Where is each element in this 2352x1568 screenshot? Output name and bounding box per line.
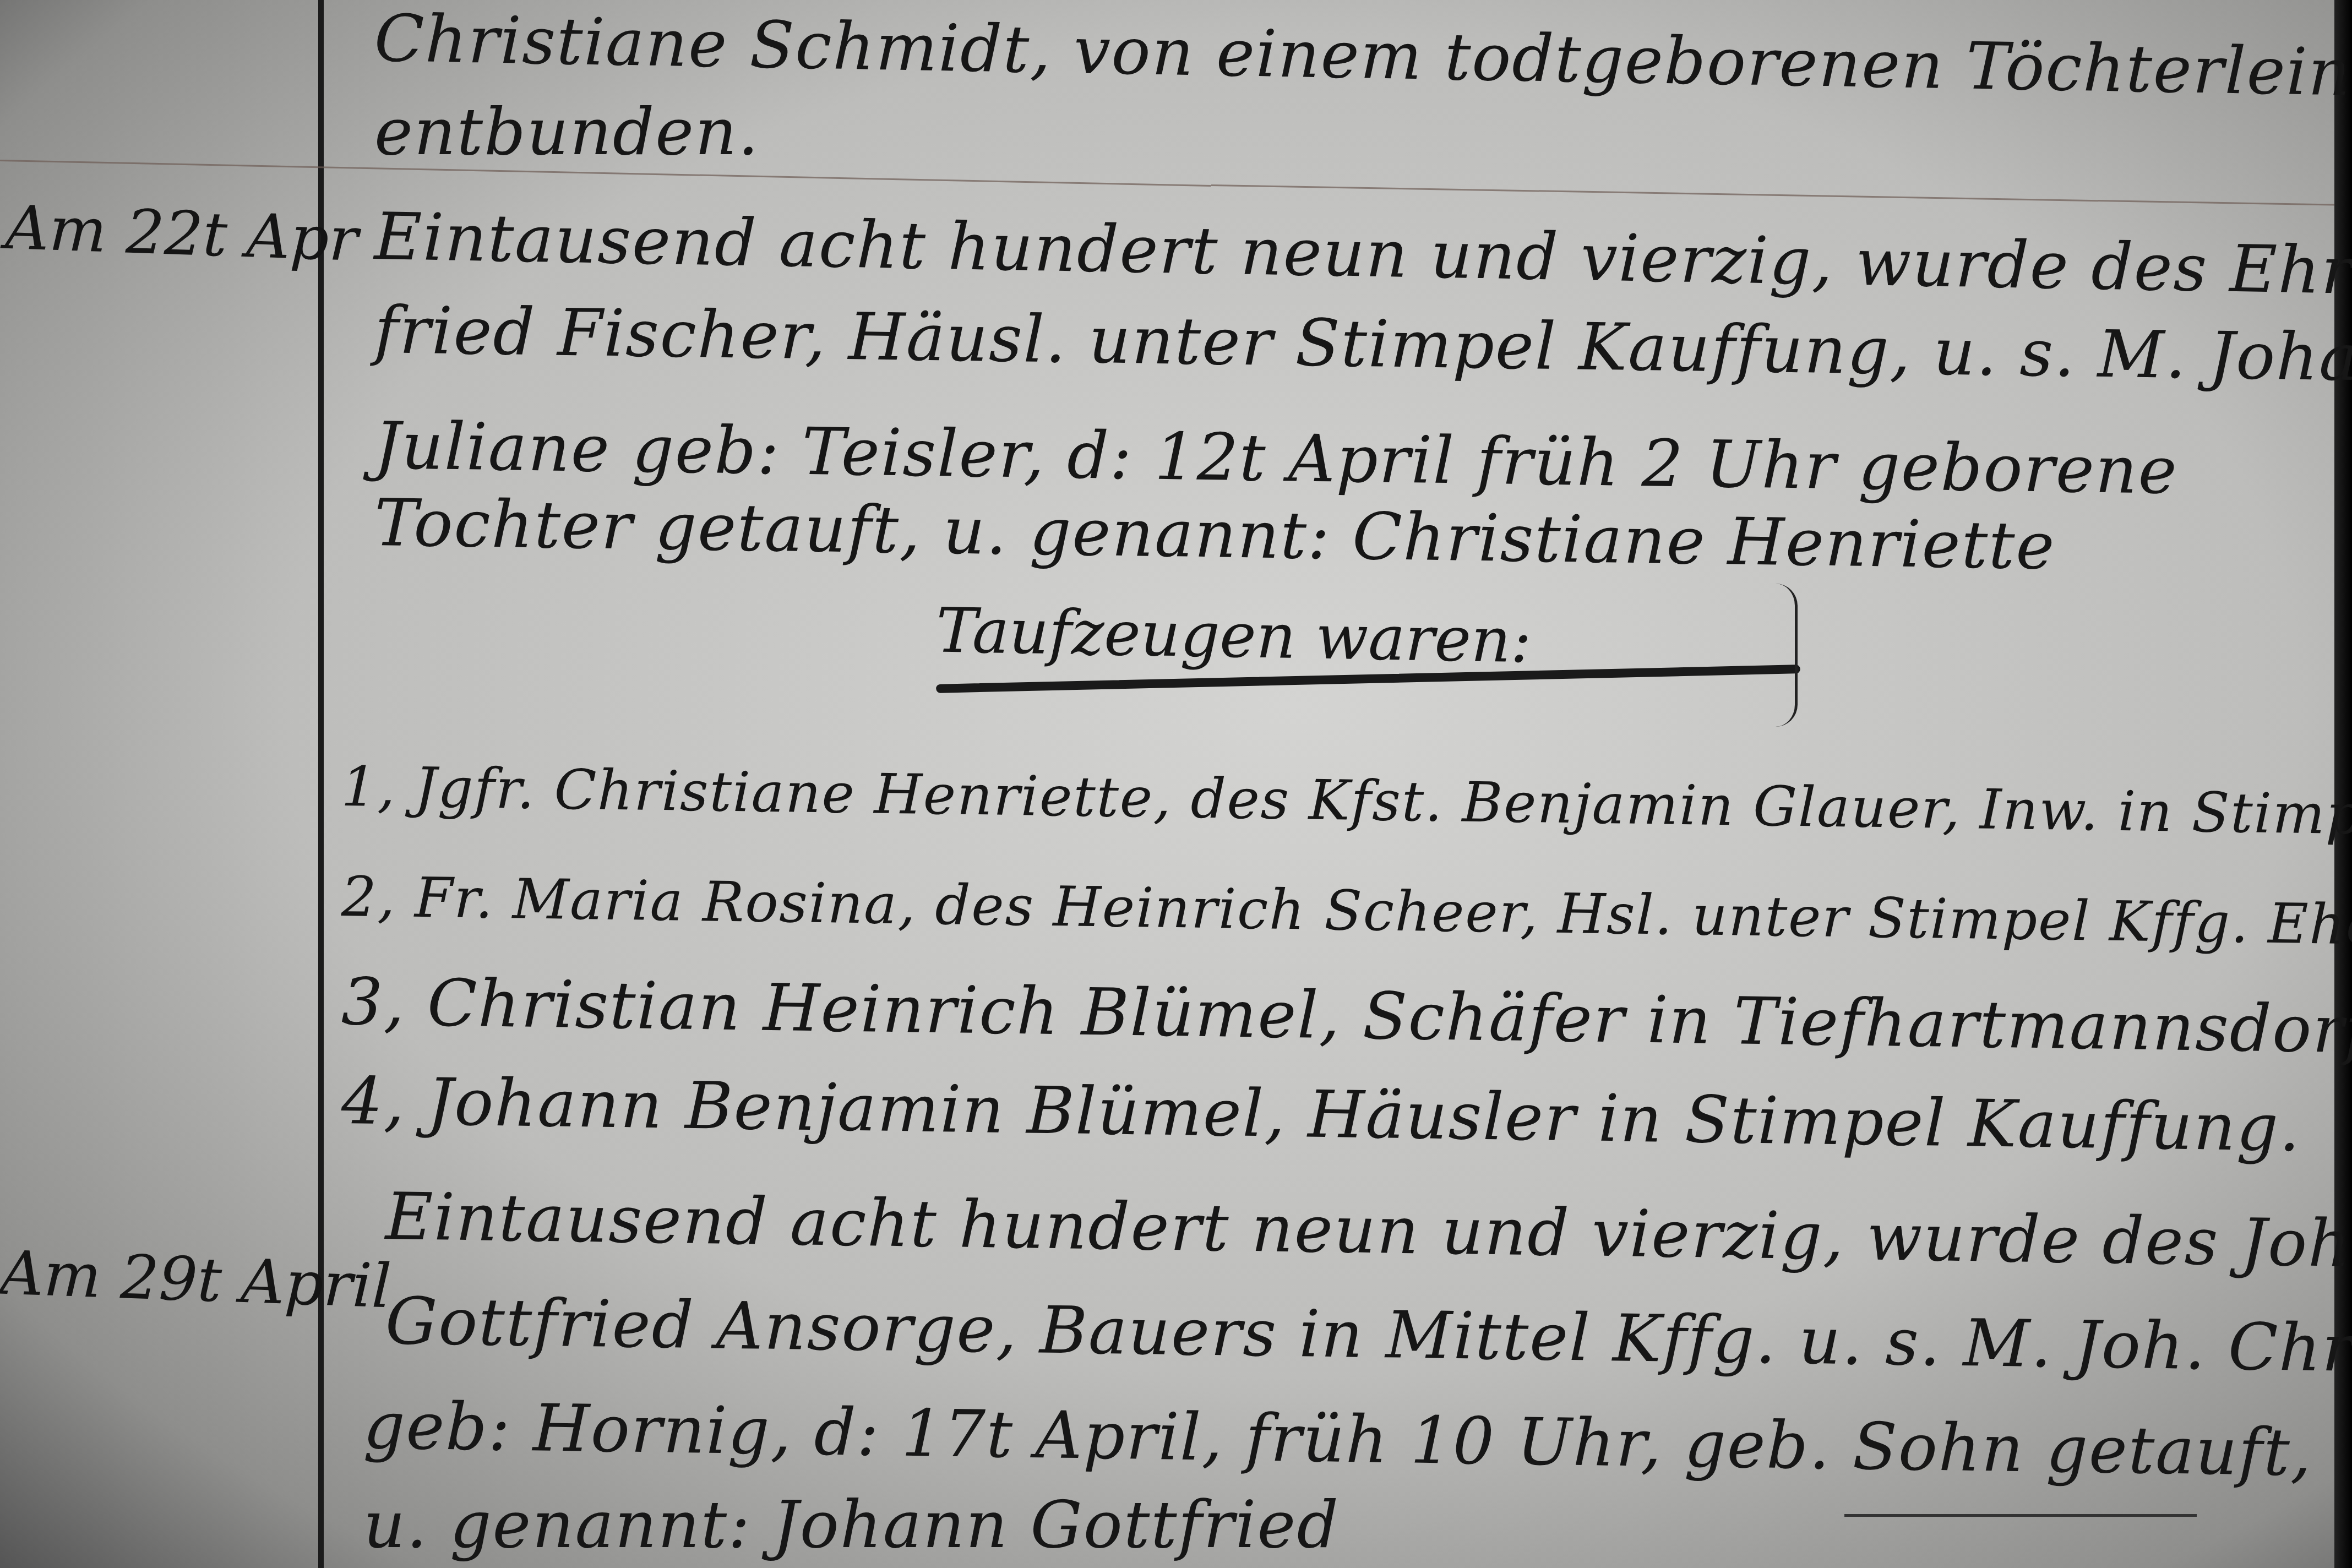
godparent-1: 1, Jgfr. Christiane Henriette, des Kfst.… (341, 754, 2352, 853)
godparent-3: 3, Christian Heinrich Blümel, Schäfer in… (341, 963, 2352, 1068)
entry-end-rule (1844, 1514, 2197, 1517)
text-line-3: Eintausend acht hundert neun und vierzig… (374, 198, 2352, 311)
text-line-entry2-4: u. genannt: Johann Gottfried (363, 1487, 1340, 1562)
margin-date-entry-2: Am 29t April (0, 1238, 393, 1322)
godparent-2: 2, Fr. Maria Rosina, des Heinrich Scheer… (341, 864, 2352, 958)
godparents-heading: Taufzeugen waren: (935, 595, 1532, 677)
godparent-4: 4, Johann Benjamin Blümel, Häusler in St… (341, 1063, 2301, 1166)
text-line-entry2-2: Gottfried Ansorge, Bauers in Mittel Kffg… (385, 1283, 2352, 1390)
margin-date-entry-1: Am 22t Apr (4, 192, 359, 275)
entry-separator-rule (1211, 184, 2334, 206)
text-line-2: entbunden. (374, 94, 760, 170)
text-line-entry2-1: Eintausend acht hundert neun und vierzig… (385, 1178, 2352, 1283)
text-line-4: fried Fischer, Häusl. unter Stimpel Kauf… (374, 292, 2352, 398)
text-line-entry2-3: geb: Hornig, d: 17t April, früh 10 Uhr, … (363, 1387, 2313, 1490)
register-page: Am 22t Apr Am 29t April Christiane Schmi… (0, 0, 2352, 1568)
bracket-mark (1773, 584, 1798, 727)
